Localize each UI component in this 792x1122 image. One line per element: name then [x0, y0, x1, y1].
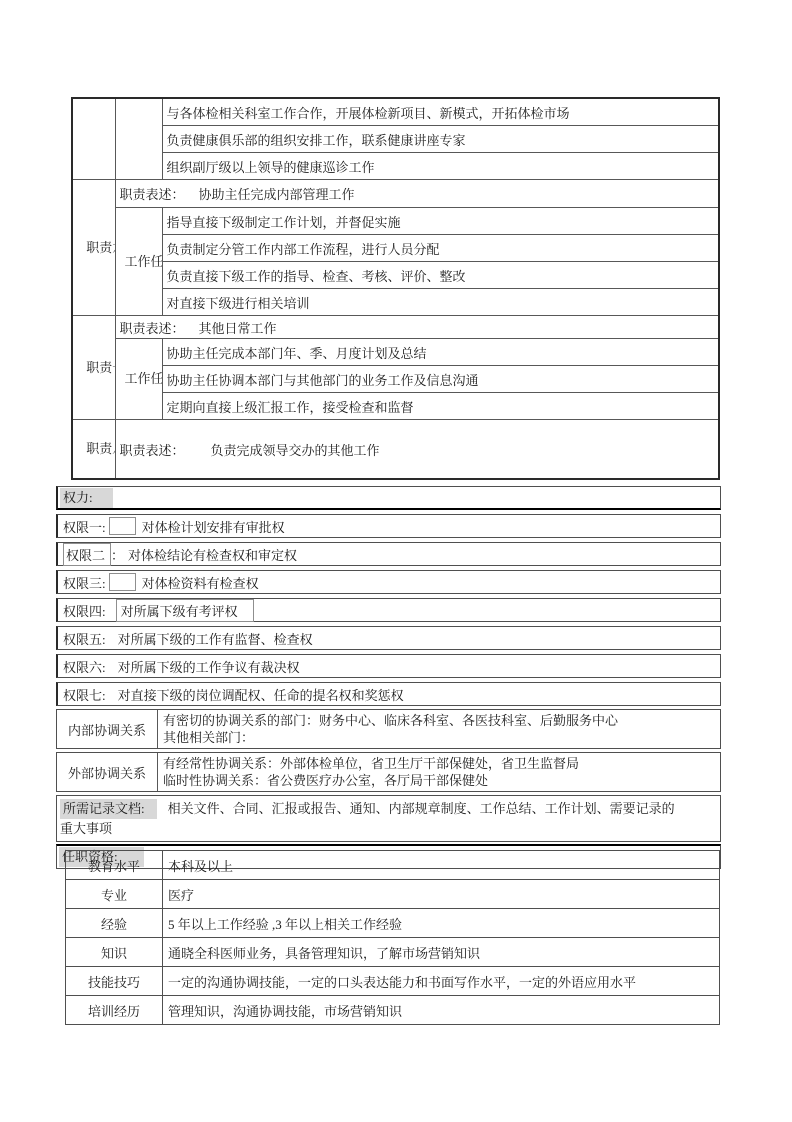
task-text: 协助主任完成本部门年、季、月度计划及总结: [162, 339, 719, 366]
table-row: 知识 通晓全科医师业务，具备管理知识，了解市场营销知识: [66, 938, 720, 967]
table-row: 经验 5 年以上工作经验 ,3 年以上相关工作经验: [66, 909, 720, 938]
permission-row-3: 权限三: 对体检资料有检查权: [56, 570, 721, 594]
permission-row-7: 权限七: 对直接下级的岗位调配权、任命的提名权和奖惩权: [56, 682, 721, 706]
duty-six-task-label: 工作任务: [115, 208, 162, 316]
permission-text: 对所属下级有考评权: [121, 604, 238, 619]
permission-row-2: 权限二 ： 对体检结论有检查权和审定权: [56, 542, 721, 566]
form-field-box: [109, 517, 136, 535]
task-text: 负责制定分管工作内部工作流程，进行人员分配: [162, 235, 719, 262]
table-row: 组织副厅级以上领导的健康巡诊工作: [72, 153, 719, 180]
form-field-box: [109, 573, 136, 591]
external-coordination-row: 外部协调关系 有经常性协调关系：外部体检单位，省卫生厅干部保健处，省卫生监督局 …: [56, 752, 721, 792]
task-text: 定期向直接上级汇报工作，接受检查和监督: [162, 393, 719, 420]
permission-text: 对所属下级的工作有监督、检查权: [118, 629, 313, 648]
coordination-value: 有密切的协调关系的部门：财务中心、临床各科室、各医技科室、后勤服务中心 其他相关…: [158, 710, 720, 748]
permission-row-6: 权限六: 对所属下级的工作争议有裁决权: [56, 654, 721, 678]
duty-six-description-cell: 职责表述：协助主任完成内部管理工作: [115, 180, 719, 208]
form-field-box: 权限二: [63, 543, 111, 566]
records-text-line1: 相关文件、合同、汇报或报告、通知、内部规章制度、工作总结、工作计划、需要记录的: [168, 801, 675, 816]
qualification-label: 教育水平: [66, 851, 163, 880]
table-row: 工作任务 协助主任完成本部门年、季、月度计划及总结: [72, 339, 719, 366]
description-text: 负责完成领导交办的其他工作: [211, 443, 380, 458]
table-row: 职责八 职责表述：负责完成领导交办的其他工作: [72, 420, 719, 480]
qualification-value: 5 年以上工作经验 ,3 年以上相关工作经验: [163, 909, 720, 938]
coordination-value: 有经常性协调关系：外部体检单位，省卫生厅干部保健处，省卫生监督局 临时性协调关系…: [158, 753, 720, 791]
table-row: 职责六 职责表述：协助主任完成内部管理工作: [72, 180, 719, 208]
task-text: 组织副厅级以上领导的健康巡诊工作: [162, 153, 719, 180]
task-text: 与各体检相关科室工作合作，开展体检新项目、新模式，开拓体检市场: [162, 98, 719, 126]
qualification-label: 专业: [66, 880, 163, 909]
duty-five-spacer-cell: [72, 98, 115, 180]
table-row: 定期向直接上级汇报工作，接受检查和监督: [72, 393, 719, 420]
permission-row-4: 权限四: 对所属下级有考评权: [56, 598, 721, 622]
records-text-line2: 重大事项: [60, 819, 716, 838]
permission-text: 对直接下级的岗位调配权、任命的提名权和奖惩权: [118, 685, 404, 704]
coordination-label: 外部协调关系: [57, 753, 158, 791]
description-label: 职责表述：: [120, 187, 185, 202]
permission-text: 对体检结论有检查权和审定权: [128, 545, 297, 564]
permission-text: 对所属下级的工作争议有裁决权: [118, 657, 300, 676]
table-row: 负责直接下级工作的指导、检查、考核、评价、整改: [72, 262, 719, 289]
job-description-document-page: 与各体检相关科室工作合作，开展体检新项目、新模式，开拓体检市场 负责健康俱乐部的…: [0, 0, 792, 1122]
table-row: 培训经历 管理知识，沟通协调技能，市场营销知识: [66, 996, 720, 1025]
qualification-value: 医疗: [163, 880, 720, 909]
table-row: 专业 医疗: [66, 880, 720, 909]
table-row: 对直接下级进行相关培训: [72, 289, 719, 316]
duty-eight-label: 职责八: [72, 420, 115, 480]
table-row: 技能技巧 一定的沟通协调技能，一定的口头表达能力和书面写作水平，一定的外语应用水…: [66, 967, 720, 996]
internal-coordination-row: 内部协调关系 有密切的协调关系的部门：财务中心、临床各科室、各医技科室、后勤服务…: [56, 709, 721, 749]
permission-text: 对体检资料有检查权: [142, 573, 259, 592]
task-text: 负责健康俱乐部的组织安排工作，联系健康讲座专家: [162, 126, 719, 153]
duty-six-vertical-text: 职责六: [86, 237, 101, 259]
task-text: 负责直接下级工作的指导、检查、考核、评价、整改: [162, 262, 719, 289]
duty-seven-description-cell: 职责表述：其他日常工作: [115, 316, 719, 339]
duty-seven-task-label: 工作任务: [115, 339, 162, 420]
qualification-value: 本科及以上: [163, 851, 720, 880]
qualification-value: 一定的沟通协调技能，一定的口头表达能力和书面写作水平，一定的外语应用水平: [163, 967, 720, 996]
records-row: 所需记录文档:相关文件、合同、汇报或报告、通知、内部规章制度、工作总结、工作计划…: [56, 795, 721, 842]
permission-row-1: 权限一: 对体检计划安排有审批权: [56, 514, 721, 538]
task-label-spacer-cell: [115, 98, 162, 180]
permission-row-5: 权限五: 对所属下级的工作有监督、检查权: [56, 626, 721, 650]
lower-sections: 权力: 权限一: 对体检计划安排有审批权 权限二 ： 对体检结论有检查权和审定权…: [56, 486, 721, 869]
qualifications-table: 教育水平 本科及以上 专业 医疗 经验 5 年以上工作经验 ,3 年以上相关工作…: [65, 850, 720, 1025]
description-text: 其他日常工作: [199, 321, 277, 336]
duty-seven-label: 职责七: [72, 316, 115, 420]
table-row: 负责健康俱乐部的组织安排工作，联系健康讲座专家: [72, 126, 719, 153]
duty-eight-description-cell: 职责表述：负责完成领导交办的其他工作: [115, 420, 719, 480]
colon: ：: [111, 545, 124, 564]
form-field-box: 对所属下级有考评权: [116, 599, 254, 622]
description-text: 协助主任完成内部管理工作: [199, 187, 355, 202]
description-label: 职责表述：: [120, 321, 185, 336]
qualification-label: 培训经历: [66, 996, 163, 1025]
qualification-label: 知识: [66, 938, 163, 967]
coordination-line: 临时性协调关系：省公费医疗办公室，各厅局干部保健处: [163, 772, 716, 789]
qualification-value: 通晓全科医师业务，具备管理知识，了解市场营销知识: [163, 938, 720, 967]
task-text: 协助主任协调本部门与其他部门的业务工作及信息沟通: [162, 366, 719, 393]
power-header-label: 权力:: [60, 488, 113, 508]
task-text: 对直接下级进行相关培训: [162, 289, 719, 316]
table-row: 职责七 职责表述：其他日常工作: [72, 316, 719, 339]
duty-eight-vertical-text: 职责八: [86, 439, 101, 459]
duty-six-label: 职责六: [72, 180, 115, 316]
coordination-line: 有经常性协调关系：外部体检单位，省卫生厅干部保健处，省卫生监督局: [163, 755, 716, 772]
table-row: 与各体检相关科室工作合作，开展体检新项目、新模式，开拓体检市场: [72, 98, 719, 126]
coordination-label: 内部协调关系: [57, 710, 158, 748]
table-row: 协助主任协调本部门与其他部门的业务工作及信息沟通: [72, 366, 719, 393]
power-section-header: 权力:: [56, 486, 721, 510]
qualification-value: 管理知识，沟通协调技能，市场营销知识: [163, 996, 720, 1025]
permission-text: 对体检计划安排有审批权: [142, 517, 285, 536]
records-label: 所需记录文档:: [60, 799, 157, 819]
description-label: 职责表述：: [120, 443, 185, 458]
table-row: 教育水平 本科及以上: [66, 851, 720, 880]
table-row: 工作任务 指导直接下级制定工作计划，并督促实施: [72, 208, 719, 235]
task-text: 指导直接下级制定工作计划，并督促实施: [162, 208, 719, 235]
qualification-label: 经验: [66, 909, 163, 938]
table-row: 负责制定分管工作内部工作流程，进行人员分配: [72, 235, 719, 262]
coordination-line: 有密切的协调关系的部门：财务中心、临床各科室、各医技科室、后勤服务中心: [163, 712, 716, 729]
duties-table: 与各体检相关科室工作合作，开展体检新项目、新模式，开拓体检市场 负责健康俱乐部的…: [71, 97, 720, 480]
task-label-text: 工作任务: [125, 252, 153, 272]
duty-seven-vertical-text: 职责七: [86, 357, 101, 379]
task-label-text: 工作任务: [125, 369, 153, 389]
qualification-label: 技能技巧: [66, 967, 163, 996]
coordination-line: 其他相关部门：: [163, 729, 716, 746]
